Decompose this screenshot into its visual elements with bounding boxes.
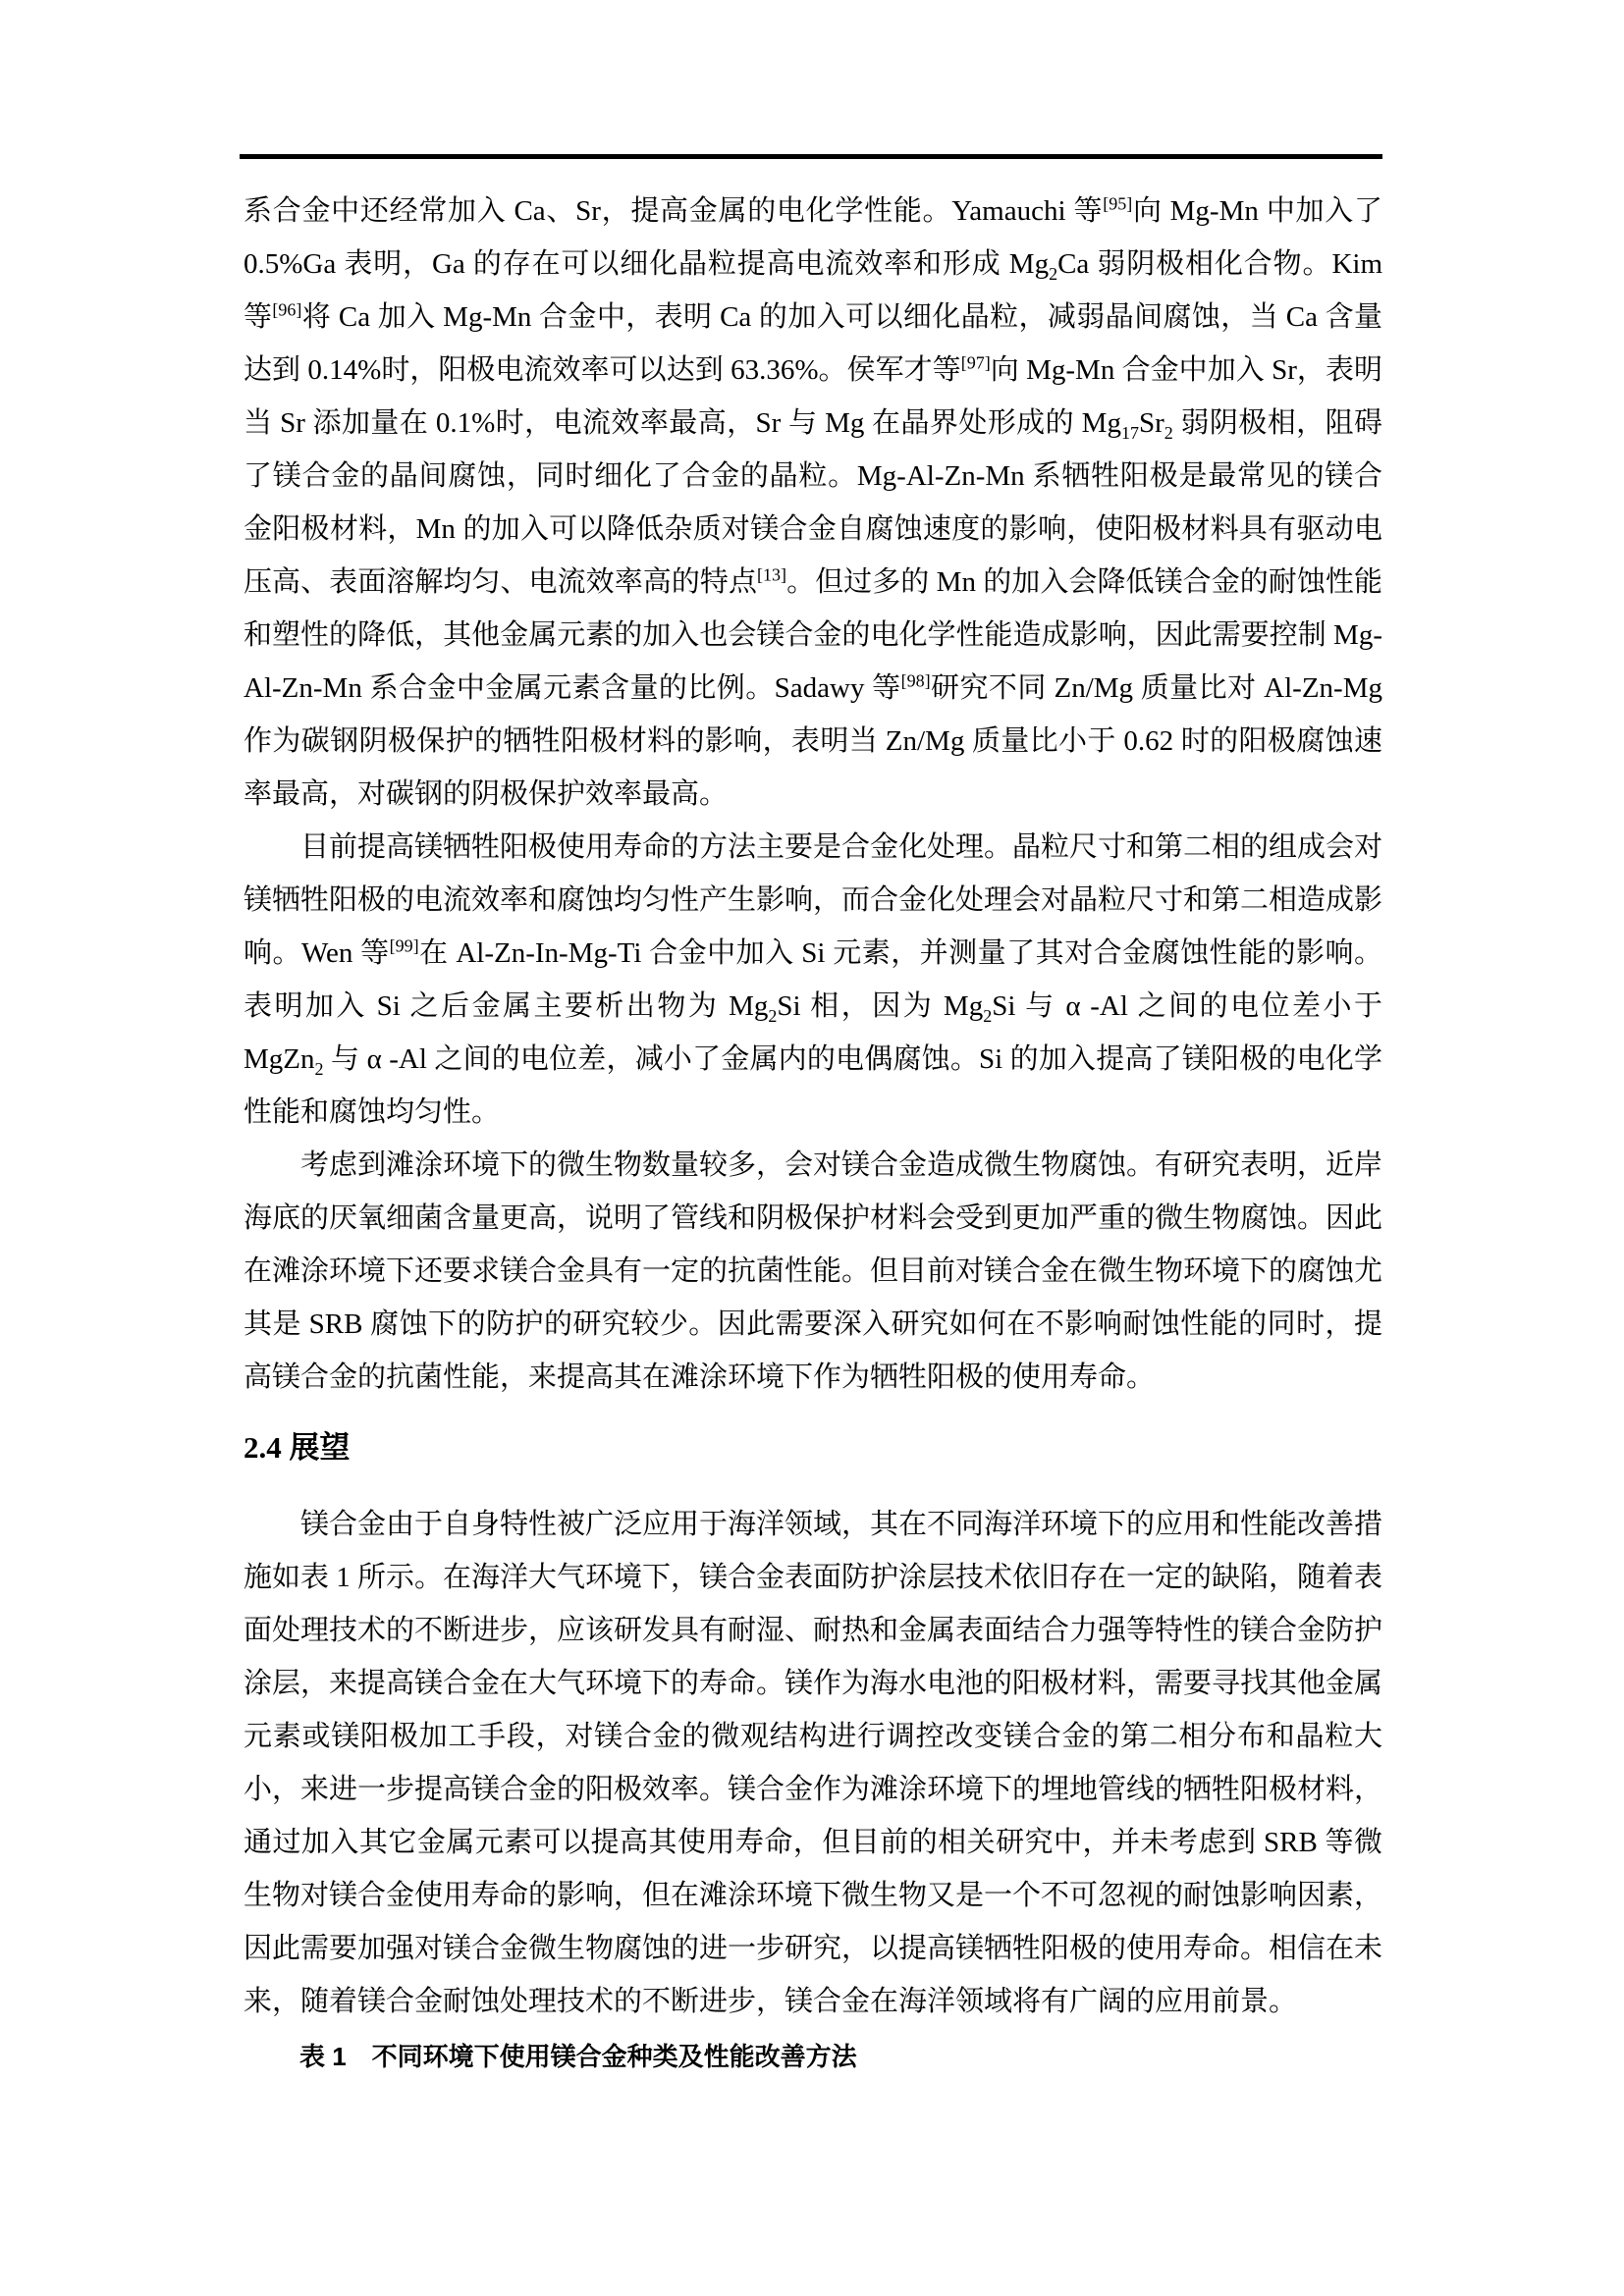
formula-subscript: 2 [1164,423,1173,443]
formula-subscript: 2 [768,1006,777,1026]
section-heading-2-4: 2.4 展望 [244,1421,1382,1474]
body-paragraph-2: 目前提高镁牺牲阳极使用寿命的方法主要是合金化处理。晶粒尺寸和第二相的组成会对镁牺… [244,821,1382,1139]
formula-subscript: 2 [315,1059,324,1079]
document-page: 系合金中还经常加入 Ca、Sr，提高金属的电化学性能。Yamauchi 等[95… [0,0,1624,2296]
page-body: 系合金中还经常加入 Ca、Sr，提高金属的电化学性能。Yamauchi 等[95… [244,185,1382,2079]
citation-ref: [97] [961,352,991,372]
citation-ref: [98] [901,670,931,690]
citation-ref: [13] [757,564,786,584]
page-header-rule [240,154,1382,159]
table-1-caption: 表 1 不同环境下使用镁合金种类及性能改善方法 [299,2034,1382,2079]
body-paragraph-1: 系合金中还经常加入 Ca、Sr，提高金属的电化学性能。Yamauchi 等[95… [244,185,1382,821]
body-paragraph-4: 镁合金由于自身特性被广泛应用于海洋领域，其在不同海洋环境下的应用和性能改善措施如… [244,1498,1382,2028]
citation-ref: [95] [1103,193,1132,213]
formula-subscript: 17 [1121,423,1139,443]
body-paragraph-3: 考虑到滩涂环境下的微生物数量较多，会对镁合金造成微生物腐蚀。有研究表明，近岸海底… [244,1139,1382,1404]
citation-ref: [96] [272,299,301,319]
formula-subscript: 2 [983,1006,992,1026]
citation-ref: [99] [390,935,419,955]
formula-subscript: 2 [1049,264,1057,284]
